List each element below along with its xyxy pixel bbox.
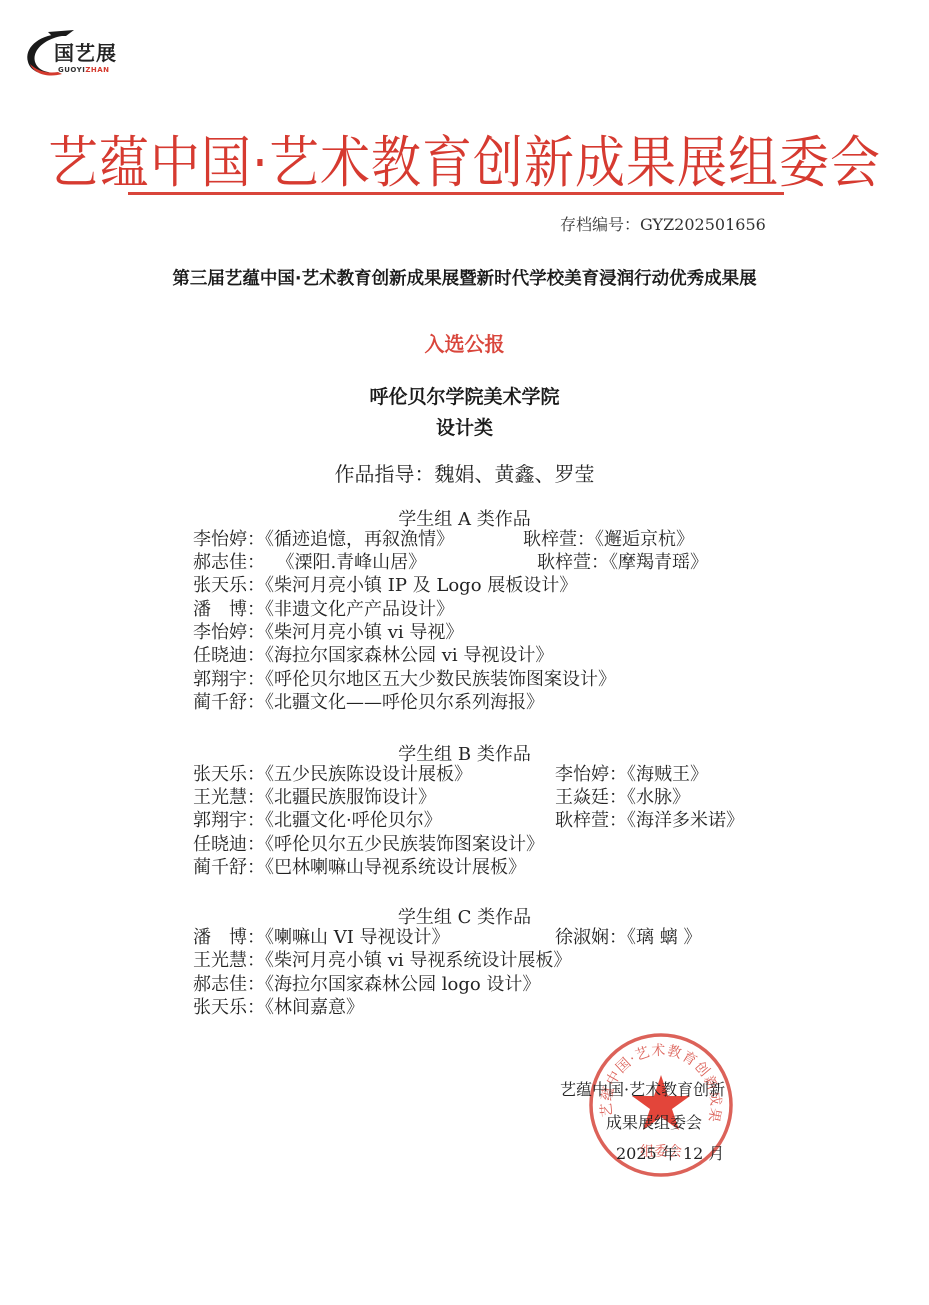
entry: 郝志佳： 《溧阳.青峰山居》 [193, 552, 426, 574]
entry: 郭翔宇：《呼伦贝尔地区五大少数民族装饰图案设计》 [193, 669, 616, 691]
entry: 王焱廷：《水脉》 [555, 787, 690, 809]
entry: 张天乐：《柴河月亮小镇 IP 及 Logo 展板设计》 [193, 575, 577, 597]
logo-subtitle: GUOYIZHAN [58, 66, 110, 74]
signoff-org-line1: 艺蕴中国·艺术教育创新 [560, 1077, 725, 1100]
entry: 郭翔宇：《北疆文化·呼伦贝尔》 [193, 810, 442, 832]
entry: 张天乐：《五少民族陈设设计展板》 [193, 764, 472, 786]
logo-sub-right: ZHAN [85, 66, 109, 74]
entry: 李怡婷：《海贼王》 [555, 764, 708, 786]
archive-number: 存档编号：GYZ202501656 [560, 212, 766, 235]
notice-title: 入选公报 [0, 328, 929, 357]
group-c-heading: 学生组 C 类作品 [0, 903, 929, 929]
group-a-heading: 学生组 A 类作品 [0, 505, 929, 531]
signoff-date: 2025 年 12 月 [616, 1141, 724, 1164]
entry: 耿梓萱：《海洋多米诺》 [555, 810, 744, 832]
entry: 王光慧：《北疆民族服饰设计》 [193, 787, 436, 809]
entry: 李怡婷：《循迹追憶，再叙漁情》 [193, 529, 454, 551]
entry: 张天乐：《林间嘉意》 [193, 997, 364, 1019]
entry: 王光慧：《柴河月亮小镇 vi 导视系统设计展板》 [193, 950, 571, 972]
category: 设计类 [0, 413, 929, 440]
entry: 蔺千舒：《北疆文化——呼伦贝尔系列海报》 [193, 692, 544, 714]
advisors: 作品指导：魏娟、黄鑫、罗莹 [0, 458, 929, 487]
logo: 国艺展 GUOYIZHAN [18, 28, 128, 84]
entry: 蔺千舒：《巴林喇嘛山导视系统设计展板》 [193, 857, 526, 879]
entry: 任晓迪：《呼伦贝尔五少民族装饰图案设计》 [193, 834, 544, 856]
entry: 耿梓萱：《摩羯青瑶》 [537, 552, 708, 574]
header-divider [128, 192, 784, 195]
entry: 郝志佳：《海拉尔国家森林公园 logo 设计》 [193, 974, 540, 996]
entry: 李怡婷：《柴河月亮小镇 vi 导视》 [193, 622, 463, 644]
logo-sub-left: GUOYI [58, 66, 85, 74]
entry: 潘 博：《非遗文化产产品设计》 [193, 599, 454, 621]
entry: 任晓迪：《海拉尔国家森林公园 vi 导视设计》 [193, 645, 553, 667]
logo-name: 国艺展 [54, 37, 117, 66]
school-name: 呼伦贝尔学院美术学院 [0, 382, 929, 409]
exhibition-title: 第三届艺蕴中国·艺术教育创新成果展暨新时代学校美育浸润行动优秀成果展 [0, 265, 929, 290]
signoff-org-line2: 成果展组委会 [606, 1110, 702, 1133]
entry: 徐淑娴：《璃 螭 》 [555, 927, 701, 949]
entry: 潘 博：《喇嘛山 VI 导视设计》 [193, 927, 450, 949]
organization-title: 艺蕴中国·艺术教育创新成果展组委会 [0, 118, 929, 199]
group-b-heading: 学生组 B 类作品 [0, 740, 929, 766]
entry: 耿梓萱：《邂逅京杭》 [523, 529, 694, 551]
